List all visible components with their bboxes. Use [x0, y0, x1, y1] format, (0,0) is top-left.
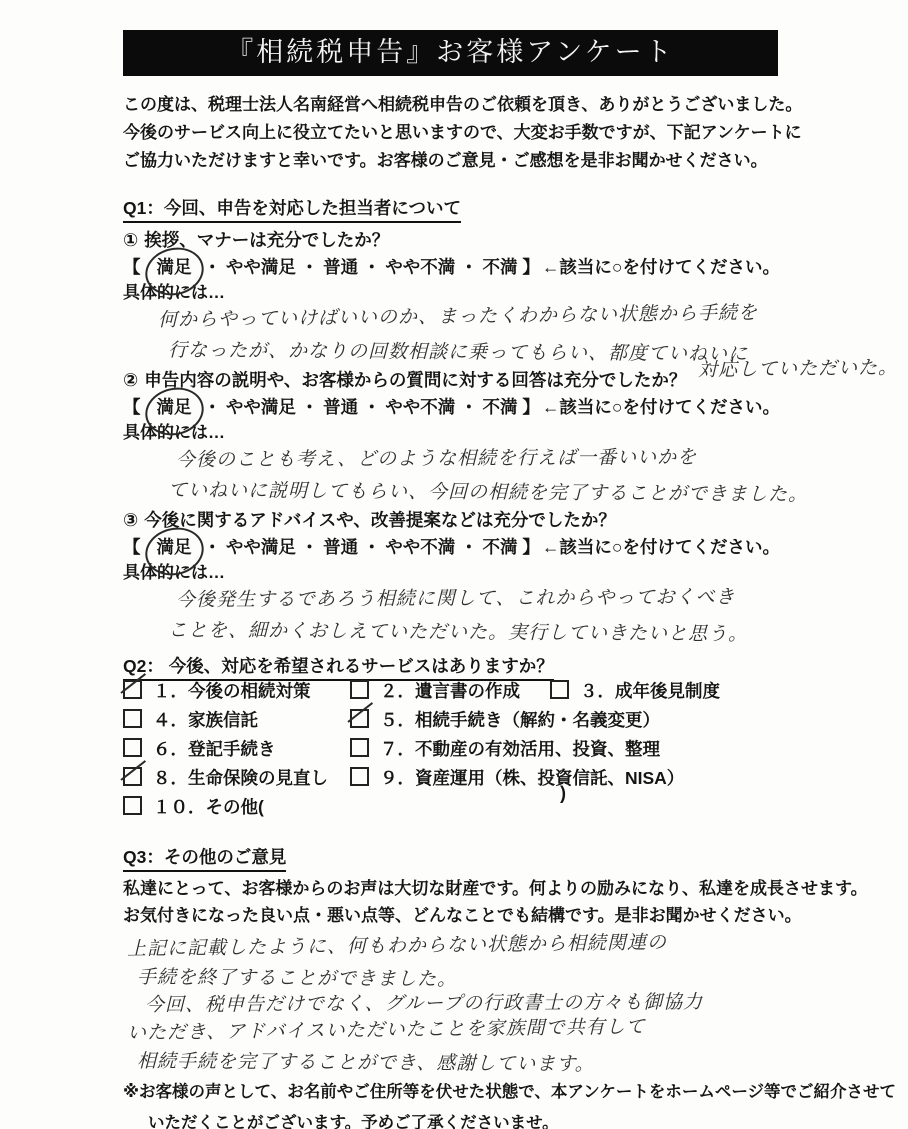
q2-option-6-label: ６．登記手続き — [153, 739, 276, 759]
q1-item3-rating: 【満足・ やや満足 ・ 普通 ・ やや不満 ・ 不満 】←該当に○を付けてくださ… — [123, 533, 788, 561]
checkbox-icon — [123, 767, 142, 786]
other-field-close-paren: ) — [560, 779, 566, 808]
q1-item3-handwritten-answer: 今後発生するであろう相続に関して、これからやっておくべき ことを、細かくおしえて… — [123, 585, 788, 645]
q2-row-2: ４．家族信託 ５．相続手続き（解約・名義変更） — [123, 706, 788, 735]
q1-item2-rating: 【満足・ やや満足 ・ 普通 ・ やや不満 ・ 不満 】←該当に○を付けてくださ… — [123, 393, 788, 421]
q2-option-4: ４．家族信託 — [123, 706, 350, 736]
handwritten-line: 相続手続を完了することができ、感謝しています。 — [137, 1047, 798, 1080]
q2-option-9: ９．資産運用（株、投資信託、NISA） — [350, 764, 684, 794]
q2-option-2: ２．遺言書の作成 — [350, 677, 550, 707]
q1-item1-handwritten-answer: 何からやっていけばいいのか、まったくわからない状態から手続を 行なったが、かなり… — [123, 305, 788, 365]
q1-section-header: Q1：今回、申告を対応した担当者について — [123, 197, 788, 223]
q1-item3-question: ③今後に関するアドバイスや、改善提案などは充分でしたか？ — [123, 507, 788, 533]
q3-intro-line: 私達にとって、お客様からのお声は大切な財産です。何よりの励みになり、私達を成長さ… — [123, 875, 788, 902]
q2-option-3: ３．成年後見制度 — [550, 677, 720, 707]
selected-rating-circle: 満足 — [155, 533, 194, 561]
privacy-note: ※お客様の声として、お名前やご住所等を伏せた状態で、本アンケートをホームページ等… — [123, 1081, 788, 1129]
bracket-open: 【 — [123, 537, 141, 557]
q2-options: １．今後の相続対策 ２．遺言書の作成 ３．成年後見制度 ４．家族信託 ５．相続手… — [123, 677, 788, 822]
intro-line: この度は、税理士法人名南経営へ相続税申告のご依頼を頂き、ありがとうございました。 — [123, 91, 788, 119]
handwritten-line: ていねいに説明してもらい、今回の相続を完了することができました。 — [168, 475, 798, 509]
checkbox-icon — [123, 680, 142, 699]
bracket-open: 【 — [123, 397, 141, 417]
q2-option-1-label: １．今後の相続対策 — [153, 681, 311, 701]
q2-option-6: ６．登記手続き — [123, 735, 350, 765]
selected-rating-circle: 満足 — [155, 393, 194, 421]
handwritten-line: ことを、細かくおしえていただいた。実行していきたいと思う。 — [168, 615, 798, 649]
q2-option-5: ５．相続手続き（解約・名義変更） — [350, 706, 660, 736]
checkbox-icon — [350, 738, 369, 757]
circled-number-3: ③ — [123, 510, 138, 530]
q2-option-4-label: ４．家族信託 — [153, 710, 258, 730]
q2-row-3: ６．登記手続き ７．不動産の有効活用、投資、整理 — [123, 735, 788, 764]
rating-instruction: ←該当に○を付けてください。 — [542, 537, 780, 557]
checkbox-icon — [350, 709, 369, 728]
form-title: 『相続税申告』お客様アンケート — [226, 37, 674, 68]
q2-option-8-label: ８．生命保険の見直し — [153, 768, 328, 788]
q2-option-7-label: ７．不動産の有効活用、投資、整理 — [380, 739, 660, 759]
q2-option-10-label: １０．その他( — [153, 797, 264, 817]
handwritten-line: 今後発生するであろう相続に関して、これからやっておくべき — [176, 582, 806, 615]
rating-options: ・ やや満足 ・ 普通 ・ やや不満 ・ 不満 】 — [204, 397, 540, 417]
checkbox-icon — [350, 680, 369, 699]
q3-section-header: Q3：その他のご意見 — [123, 846, 788, 872]
q2-option-2-label: ２．遺言書の作成 — [380, 681, 520, 701]
checkbox-icon — [350, 767, 369, 786]
q2-option-9-label: ９．資産運用（株、投資信託、NISA） — [380, 768, 684, 788]
q2-option-8: ８．生命保険の見直し — [123, 764, 350, 794]
q2-row-5: １０．その他( ) — [123, 793, 788, 822]
q2-row-4: ８．生命保険の見直し ９．資産運用（株、投資信託、NISA） — [123, 764, 788, 793]
intro-paragraph: この度は、税理士法人名南経営へ相続税申告のご依頼を頂き、ありがとうございました。… — [123, 91, 788, 175]
q3-heading: Q3：その他のご意見 — [123, 846, 286, 872]
privacy-note-line: ※お客様の声として、お名前やご住所等を伏せた状態で、本アンケートをホームページ等… — [123, 1081, 788, 1103]
handwritten-line: 上記に記載したように、何もわからない状態から相続関連の — [127, 927, 788, 963]
q1-heading: Q1：今回、申告を対応した担当者について — [123, 197, 461, 223]
q2-row-1: １．今後の相続対策 ２．遺言書の作成 ３．成年後見制度 — [123, 677, 788, 706]
checkbox-icon — [123, 709, 142, 728]
handwritten-line: 対応していただいた。 — [698, 357, 898, 381]
checkbox-icon — [550, 680, 569, 699]
q3-intro-line: お気付きになった良い点・悪い点等、どんなことでも結構です。是非お聞かせください。 — [123, 902, 788, 929]
q2-option-3-label: ３．成年後見制度 — [580, 681, 720, 701]
q1-item1-question: ①挨拶、マナーは充分でしたか？ — [123, 227, 788, 253]
rating-instruction: ←該当に○を付けてください。 — [542, 257, 780, 277]
q2-option-7: ７．不動産の有効活用、投資、整理 — [350, 735, 660, 765]
handwritten-line: 何からやっていけばいいのか、まったくわからない状態から手続を — [158, 297, 788, 335]
rating-options: ・ やや満足 ・ 普通 ・ やや不満 ・ 不満 】 — [204, 537, 540, 557]
bracket-open: 【 — [123, 257, 141, 277]
q1-item2-question-text: 申告内容の説明や、お客様からの質問に対する回答は充分でしたか？ — [144, 370, 686, 390]
q1-item3-question-text: 今後に関するアドバイスや、改善提案などは充分でしたか？ — [144, 510, 616, 530]
q2-option-5-label: ５．相続手続き（解約・名義変更） — [380, 710, 660, 730]
q1-item2-question: ②申告内容の説明や、お客様からの質問に対する回答は充分でしたか？ — [123, 367, 788, 393]
q1-item2-handwritten-answer: 今後のことも考え、どのような相続を行えば一番いいかを ていねいに説明してもらい、… — [123, 445, 788, 505]
intro-line: 今後のサービス向上に役立てたいと思いますので、大変お手数ですが、下記アンケートに — [123, 119, 788, 147]
privacy-note-line: いただくことがございます。予めご了承くださいませ。 — [123, 1112, 788, 1129]
form-title-banner: 『相続税申告』お客様アンケート — [123, 30, 778, 76]
checkbox-icon — [123, 796, 142, 815]
q2-option-1: １．今後の相続対策 — [123, 677, 350, 707]
survey-scan-page: 『相続税申告』お客様アンケート この度は、税理士法人名南経営へ相続税申告のご依頼… — [0, 0, 908, 1129]
selected-rating-circle: 満足 — [155, 253, 194, 281]
q1-item1-rating: 【満足・ やや満足 ・ 普通 ・ やや不満 ・ 不満 】←該当に○を付けてくださ… — [123, 253, 788, 281]
q2-option-10: １０．その他( — [123, 793, 264, 823]
circled-number-1: ① — [123, 230, 138, 250]
q3-intro: 私達にとって、お客様からのお声は大切な財産です。何よりの励みになり、私達を成長さ… — [123, 875, 788, 929]
q3-handwritten-answer: 上記に記載したように、何もわからない状態から相続関連の 手続を終了することができ… — [123, 935, 788, 1075]
checkbox-icon — [123, 738, 142, 757]
circled-number-2: ② — [123, 370, 138, 390]
handwritten-line: 今後のことも考え、どのような相続を行えば一番いいかを — [176, 442, 806, 475]
rating-options: ・ やや満足 ・ 普通 ・ やや不満 ・ 不満 】 — [204, 257, 540, 277]
rating-instruction: ←該当に○を付けてください。 — [542, 397, 780, 417]
intro-line: ご協力いただけますと幸いです。お客様のご意見・ご感想を是非お聞かせください。 — [123, 147, 788, 175]
